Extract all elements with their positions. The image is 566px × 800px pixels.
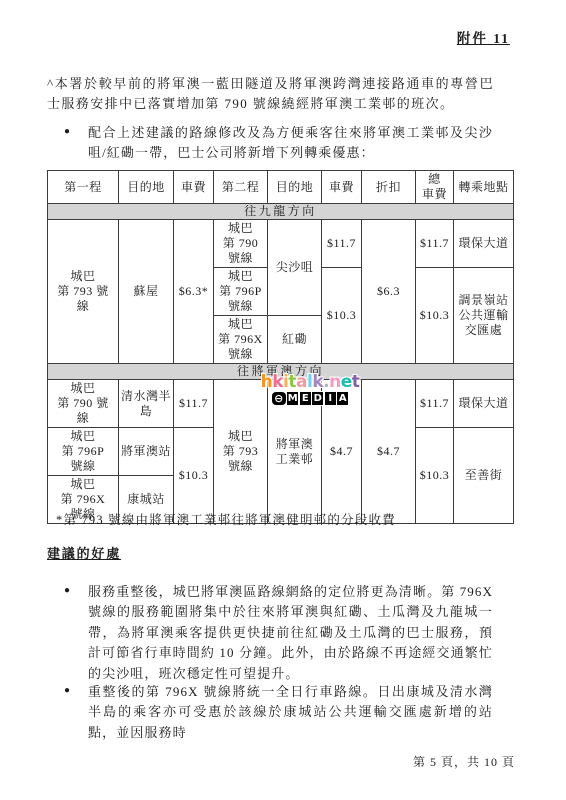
cell-kln-second-leg-796p: 城巴 第 796P 號線 xyxy=(214,268,268,316)
table-row: 城巴 第 790 號 線 清水灣半 島 $11.7 城巴 第 793 號線 將軍… xyxy=(48,380,514,428)
cell-kln-total-103: $10.3 xyxy=(416,268,454,364)
benefit-bullet-2: ● 重整後的第 796X 號線將統一全日行車路線。日出康城及清水灣半島的乘客亦可… xyxy=(64,682,493,743)
appendix-label: 附件 11 xyxy=(457,27,510,47)
cell-kln-second-leg-796x: 城巴 第 796X 號線 xyxy=(214,316,268,364)
cell-kln-total-117: $11.7 xyxy=(416,220,454,268)
header-destination-2: 目的地 xyxy=(268,171,322,204)
header-fare-2: 車費 xyxy=(322,171,362,204)
section-band-tko: 往將軍澳方向 xyxy=(48,364,514,380)
cell-kln-first-fare: $6.3* xyxy=(174,220,214,364)
cell-tko-total-117: $11.7 xyxy=(416,380,454,428)
transfer-offer-text: 配合上述建議的路線修改及為方便乘客往來將軍澳工業邨及尖沙咀/紅磡一帶，巴士公司將… xyxy=(88,123,493,164)
table-row: 城巴 第 793 號 線 蘇屋 $6.3* 城巴 第 790 號線 尖沙咀 $1… xyxy=(48,220,514,268)
transfer-offer-bullet: ● 配合上述建議的路線修改及為方便乘客往來將軍澳工業邨及尖沙咀/紅磡一帶，巴士公… xyxy=(64,123,493,164)
cell-kln-fare2-117: $11.7 xyxy=(322,220,362,268)
header-first-leg: 第一程 xyxy=(48,171,119,204)
cell-tko-point-wanpo: 環保大道 xyxy=(454,380,514,428)
cell-kln-point-tky: 調景嶺站 公共運輸 交匯處 xyxy=(454,268,514,364)
bullet-icon: ● xyxy=(64,585,70,596)
header-total-fare: 總 車費 xyxy=(416,171,454,204)
cell-tko-fare2: $4.7 xyxy=(322,380,362,524)
benefit-text-1: 服務重整後，城巴將軍澳區路線網絡的定位將更為清晰。第 796X 號線的服務範圍將… xyxy=(88,582,493,684)
cell-kln-discount: $6.3 xyxy=(362,220,416,364)
cell-tko-dest-cwb: 清水灣半 島 xyxy=(119,380,174,428)
header-second-leg: 第二程 xyxy=(214,171,268,204)
cell-tko-total-103: $10.3 xyxy=(416,428,454,524)
header-fare-1: 車費 xyxy=(174,171,214,204)
document-page: 附件 11 ^本署於較早前的將軍澳一藍田隧道及將軍澳跨灣連接路通車的專營巴士服務… xyxy=(0,0,566,800)
cell-tko-point-chishin: 至善街 xyxy=(454,428,514,524)
benefit-bullet-1: ● 服務重整後，城巴將軍澳區路線網絡的定位將更為清晰。第 796X 號線的服務範… xyxy=(64,582,493,684)
cell-kln-point-wanpo: 環保大道 xyxy=(454,220,514,268)
cell-kln-first-leg: 城巴 第 793 號 線 xyxy=(48,220,119,364)
cell-kln-fare2-103: $10.3 xyxy=(322,268,362,364)
table-footnote: *第 793 號線由將軍澳工業邨往將軍澳健明邨的分段收費 xyxy=(56,510,396,528)
benefits-heading: 建議的好處 xyxy=(47,543,121,562)
header-interchange-point: 轉乘地點 xyxy=(454,171,514,204)
bullet-icon: ● xyxy=(64,685,70,696)
cell-tko-second-leg: 城巴 第 793 號線 xyxy=(214,380,268,524)
benefit-text-2: 重整後的第 796X 號線將統一全日行車路線。日出康城及清水灣半島的乘客亦可受惠… xyxy=(88,682,493,743)
intro-paragraph: ^本署於較早前的將軍澳一藍田隧道及將軍澳跨灣連接路通車的專營巴士服務安排中已落實… xyxy=(47,74,494,114)
header-discount: 折扣 xyxy=(362,171,416,204)
cell-kln-dest-hunghom: 紅磡 xyxy=(268,316,322,364)
cell-kln-dest-tst: 尖沙咀 xyxy=(268,220,322,316)
cell-tko-dest-tkostn: 將軍澳站 xyxy=(119,428,174,476)
cell-tko-second-dest: 將軍澳 工業邨 xyxy=(268,380,322,524)
header-destination-1: 目的地 xyxy=(119,171,174,204)
table-header-row: 第一程 目的地 車費 第二程 目的地 車費 折扣 總 車費 轉乘地點 xyxy=(48,171,514,204)
cell-tko-first-leg-790: 城巴 第 790 號 線 xyxy=(48,380,119,428)
cell-tko-first-leg-796p: 城巴 第 796P 號線 xyxy=(48,428,119,476)
section-label-tko: 往將軍澳方向 xyxy=(48,364,514,380)
page-number: 第 5 頁，共 10 頁 xyxy=(413,753,515,770)
cell-tko-fare1-117: $11.7 xyxy=(174,380,214,428)
section-band-kowloon: 往九龍方向 xyxy=(48,204,514,220)
cell-tko-discount: $4.7 xyxy=(362,380,416,524)
bullet-icon: ● xyxy=(64,126,70,137)
section-label-kowloon: 往九龍方向 xyxy=(48,204,514,220)
interchange-fare-table: 第一程 目的地 車費 第二程 目的地 車費 折扣 總 車費 轉乘地點 往九龍方向… xyxy=(47,170,514,524)
cell-kln-first-dest: 蘇屋 xyxy=(119,220,174,364)
cell-kln-second-leg-790: 城巴 第 790 號線 xyxy=(214,220,268,268)
